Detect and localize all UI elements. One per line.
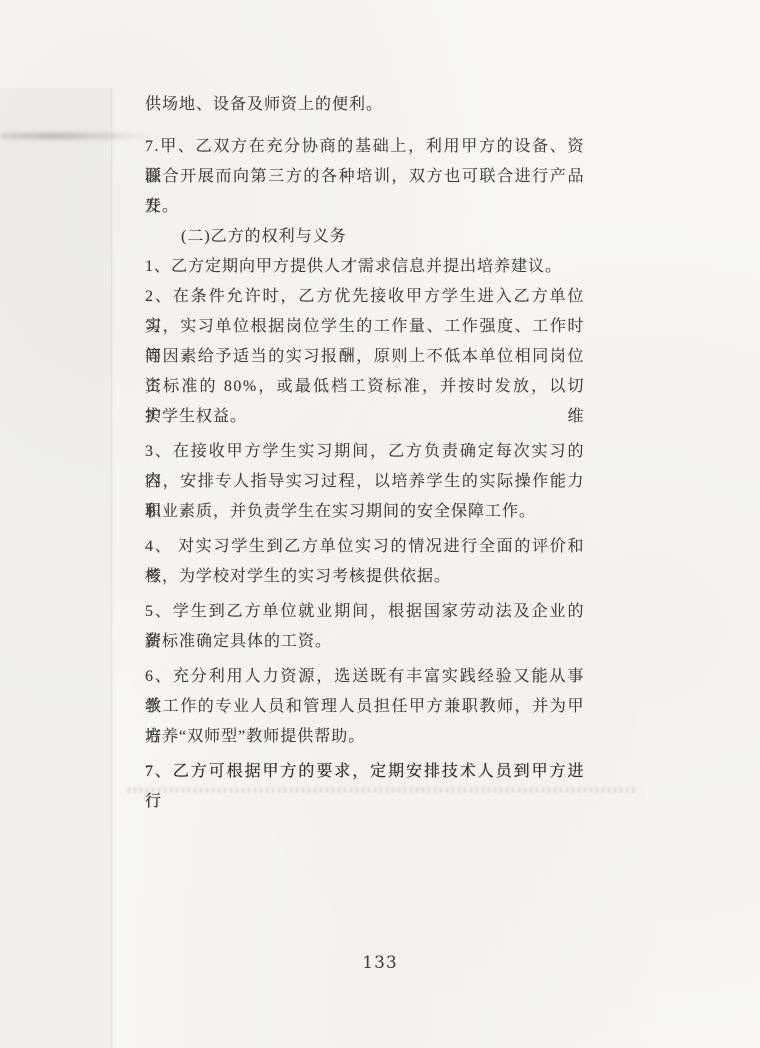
text-line: 5、学生到乙方单位就业期间，根据国家劳动法及企业的薪 — [145, 597, 585, 627]
text-line: 6、充分利用人力资源，选送既有丰富实践经验又能从事教 — [145, 662, 585, 692]
scan-edge-tint — [0, 88, 112, 1048]
section-heading: (二)乙方的权利与义务 — [145, 222, 585, 252]
scan-edge-seam — [111, 88, 114, 1048]
text-line: 1、乙方定期向甲方提供人才需求信息并提出培养建议。 — [145, 252, 585, 282]
text-line: 3、在接收甲方学生实习期间，乙方负责确定每次实习的内 — [145, 437, 585, 467]
text-line: 资标准的 80%，或最低档工资标准，并按时发放，以切实维 — [145, 372, 585, 402]
contract-text-block: 供场地、设备及师资上的便利。 7.甲、乙双方在充分协商的基础上，利用甲方的设备、… — [145, 90, 585, 787]
text-line: 2、在条件允许时，乙方优先接收甲方学生进入乙方单位实 — [145, 282, 585, 312]
text-line: 发。 — [145, 192, 585, 222]
text-line: 容，安排专人指导实习过程，以培养学生的实际操作能力和 — [145, 467, 585, 497]
text-line: 7.甲、乙双方在充分协商的基础上，利用甲方的设备、资源 — [145, 132, 585, 162]
text-line: 核，为学校对学生的实习考核提供依据。 — [145, 562, 585, 592]
page-number: 133 — [0, 953, 760, 973]
text-line: 学工作的专业人员和管理人员担任甲方兼职教师，并为甲方 — [145, 692, 585, 722]
text-line: 培养“双师型”教师提供帮助。 — [145, 722, 585, 752]
scan-shadow-band — [128, 787, 636, 793]
scan-smudge-artifact — [0, 131, 152, 141]
text-line: 等因素给予适当的实习报酬，原则上不低本单位相同岗位工 — [145, 342, 585, 372]
text-line: 4、 对实习学生到乙方单位实习的情况进行全面的评价和考 — [145, 532, 585, 562]
scanned-document-page: 供场地、设备及师资上的便利。 7.甲、乙双方在充分协商的基础上，利用甲方的设备、… — [0, 0, 760, 1048]
text-line: 联合开展而向第三方的各种培训，双方也可联合进行产品开 — [145, 162, 585, 192]
text-line: 习，实习单位根据岗位学生的工作量、工作强度、工作时间 — [145, 312, 585, 342]
text-line: 资标准确定具体的工资。 — [145, 627, 585, 657]
text-line: 供场地、设备及师资上的便利。 — [145, 90, 585, 120]
text-line: 职业素质，并负责学生在实习期间的安全保障工作。 — [145, 497, 585, 527]
text-line: 7、乙方可根据甲方的要求，定期安排技术人员到甲方进行 — [145, 757, 585, 787]
